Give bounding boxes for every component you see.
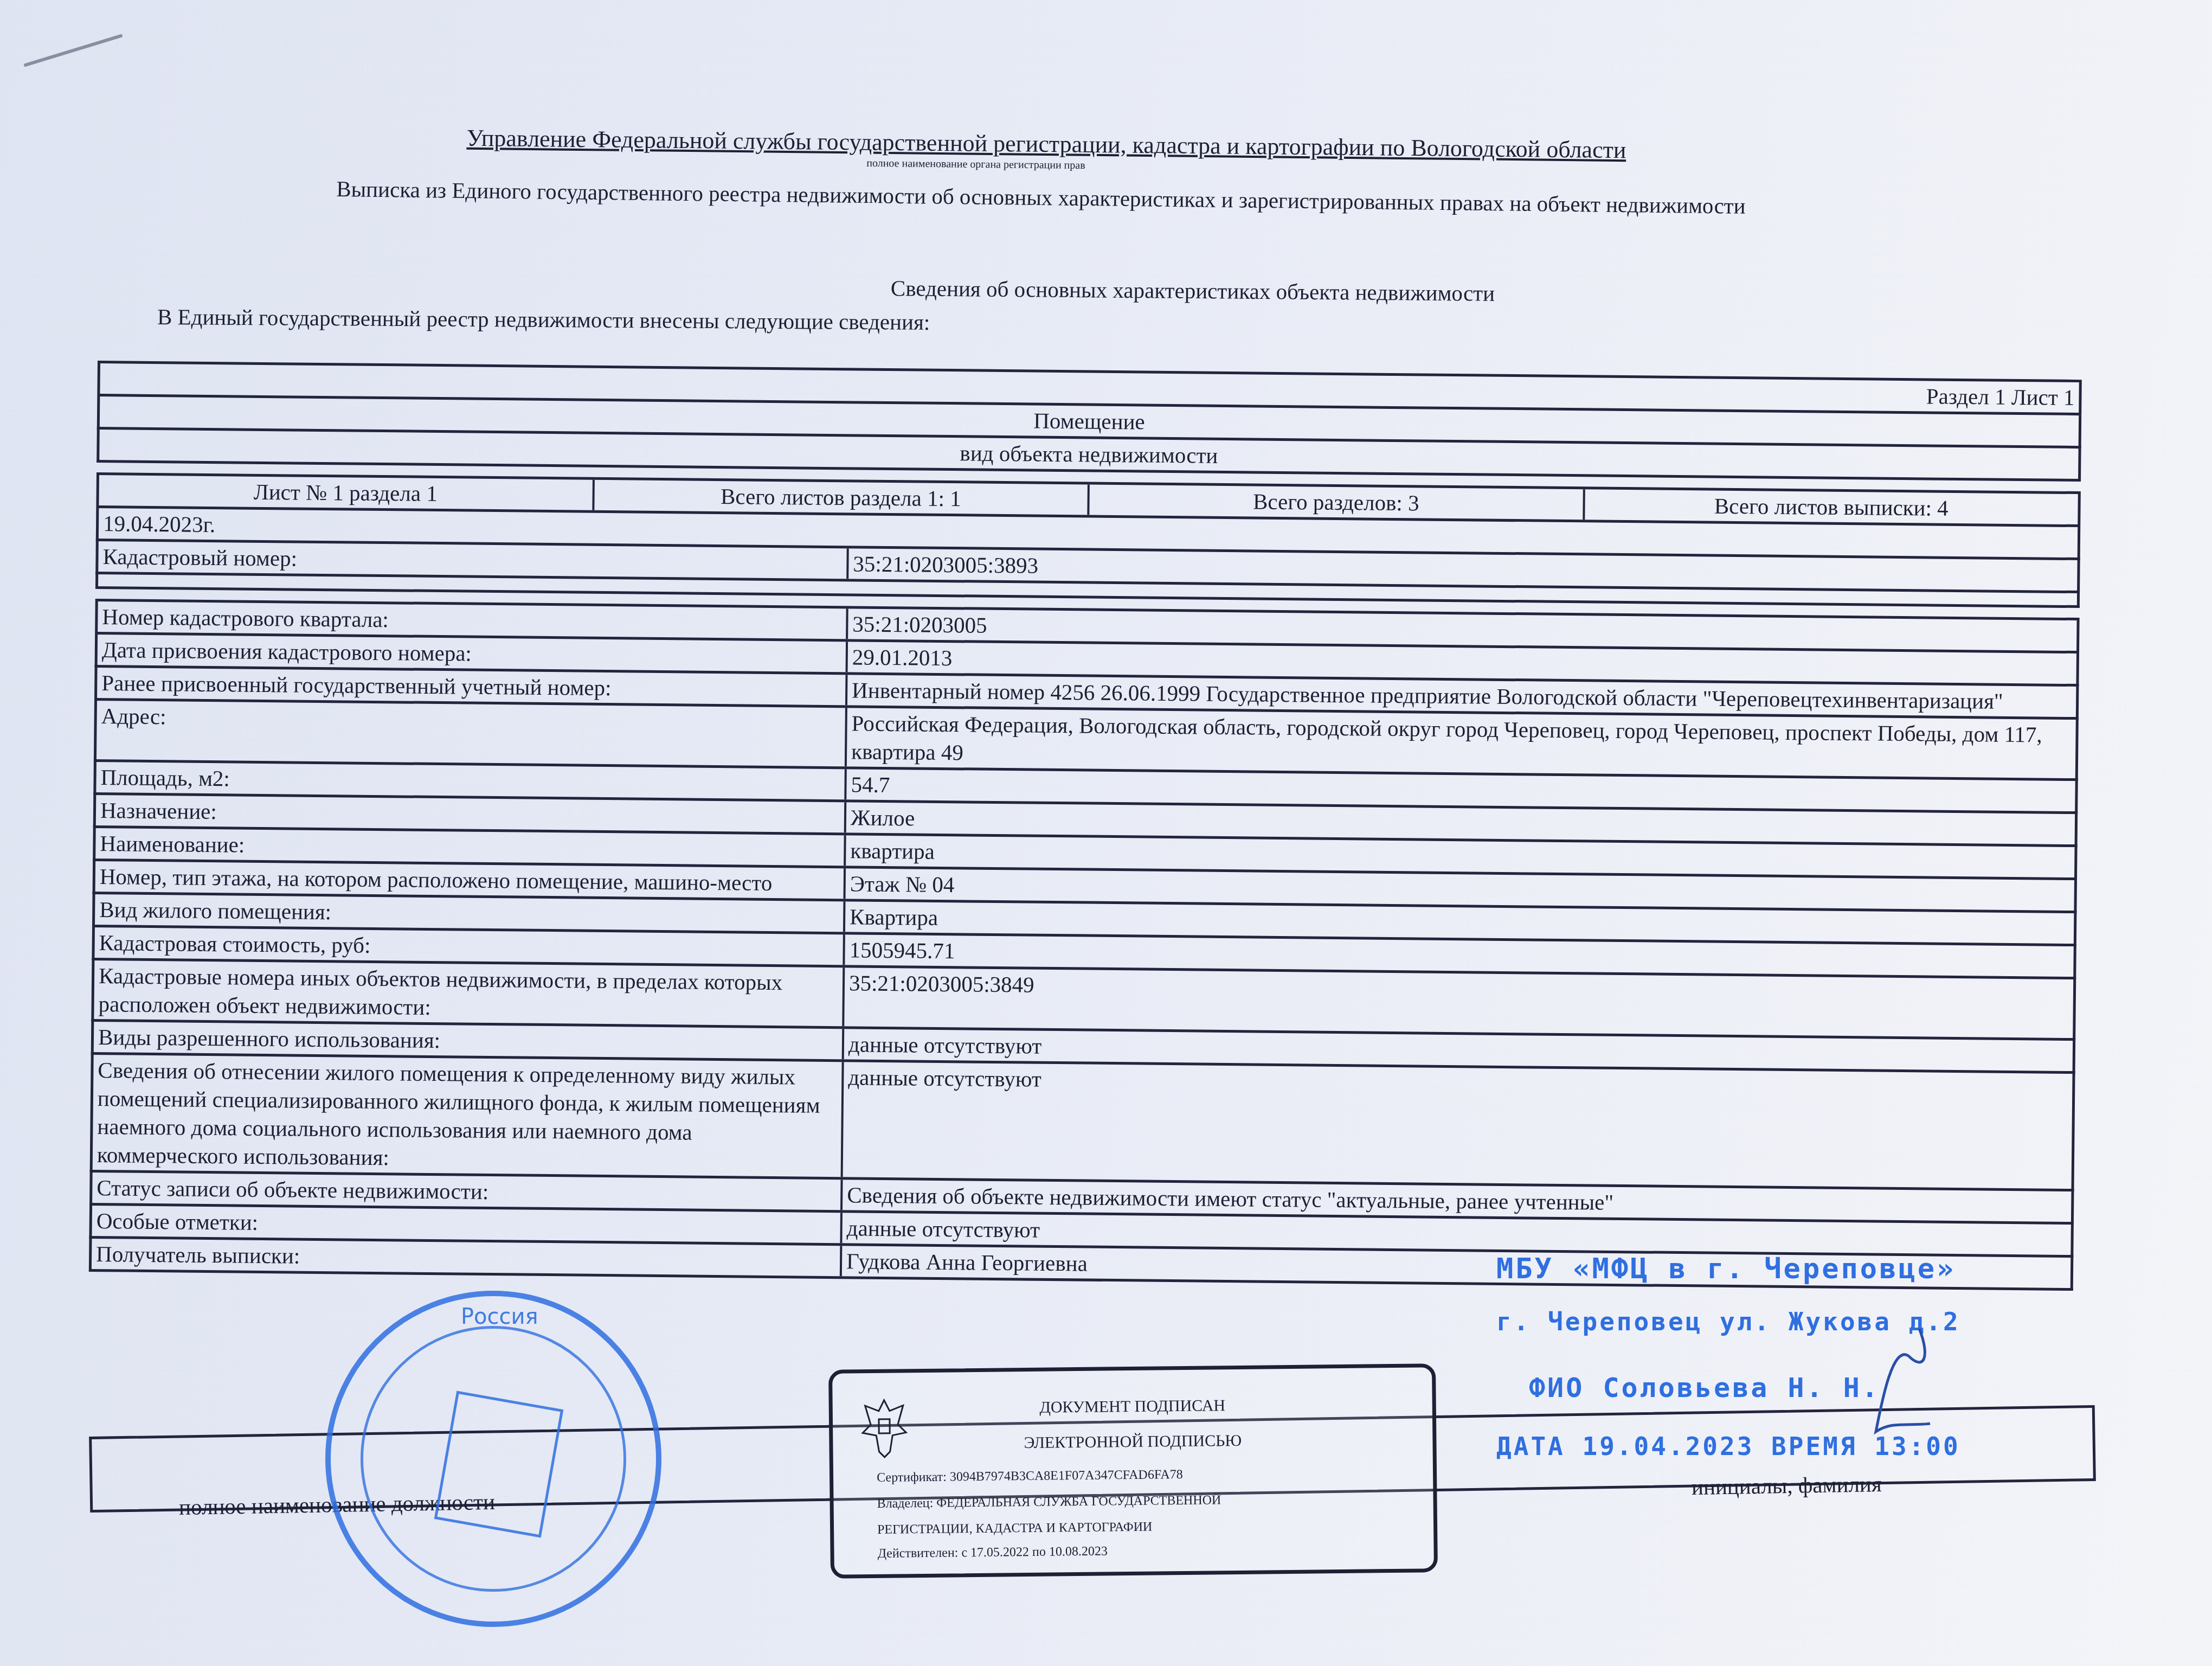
row-label: Статус записи об объекте недвижимости: — [92, 1172, 840, 1210]
round-seal-stamp: Россия — [325, 1291, 661, 1627]
mfc-stamp-line-1: МБУ «МФЦ в г. Череповце» — [1496, 1253, 1956, 1285]
row-label: Сведения об отнесении жилого помещения к… — [93, 1055, 842, 1177]
document-subtitle: Сведения об основных характеристиках объ… — [542, 272, 1843, 310]
signed-line-2: ЭЛЕКТРОННОЙ ПОДПИСЬЮ — [833, 1430, 1432, 1454]
row-value: данные отсутствуют — [841, 1062, 2073, 1189]
organization-name: Управление Федеральной службы государств… — [423, 124, 1670, 164]
row-label: Адрес: — [97, 701, 845, 766]
row-label: Виды разрешенного использования: — [94, 1022, 842, 1059]
cadastral-number-label: Кадастровый номер: — [98, 541, 846, 579]
row-label: Номер кадастрового квартала: — [98, 601, 846, 639]
document-page: Управление Федеральной службы государств… — [0, 0, 2212, 1666]
handwritten-signature-icon — [1860, 1323, 1941, 1443]
row-label: Номер, тип этажа, на котором расположено… — [95, 861, 844, 899]
paper-clip-icon — [23, 34, 123, 67]
coat-of-arms-icon — [434, 1391, 564, 1537]
certificate-owner-2: РЕГИСТРАЦИИ, КАДАСТРА И КАРТОГРАФИИ — [877, 1520, 1152, 1537]
intro-text: В Единый государственный реестр недвижим… — [157, 304, 930, 335]
seal-top-text: Россия — [461, 1304, 538, 1329]
row-label: Вид жилого помещения: — [95, 894, 843, 932]
signed-line-1: ДОКУМЕНТ ПОДПИСАН — [833, 1394, 1432, 1419]
row-label: Ранее присвоенный государственный учетны… — [97, 668, 845, 705]
property-table: Раздел 1 Лист 1 Помещение вид объекта не… — [89, 361, 2082, 1291]
sheet-number: Лист № 1 раздела 1 — [99, 475, 592, 510]
table-row: Сведения об отнесении жилого помещения к… — [90, 1055, 2075, 1191]
certificate-validity: Действителен: с 17.05.2022 по 10.08.2023 — [877, 1545, 1108, 1561]
sheets-in-section: Всего листов раздела 1: 1 — [592, 480, 1088, 515]
row-label: Особые отметки: — [92, 1206, 840, 1243]
name-caption: инициалы, фамилия — [1692, 1471, 1882, 1500]
total-sheets: Всего листов выписки: 4 — [1583, 489, 2078, 524]
row-label: Площадь, м2: — [96, 762, 844, 799]
row-label: Дата присвоения кадастрового номера: — [98, 635, 846, 672]
row-label: Получатель выписки: — [92, 1239, 840, 1276]
row-label: Кадастровые номера иных объектов недвижи… — [94, 960, 843, 1026]
electronic-signature-box: ДОКУМЕНТ ПОДПИСАН ЭЛЕКТРОННОЙ ПОДПИСЬЮ С… — [828, 1363, 1438, 1579]
row-label: Кадастровая стоимость, руб: — [94, 927, 843, 965]
certificate-number: Сертификат: 3094B7974B3CA8E1F07A347CFAD6… — [877, 1468, 1183, 1485]
mfc-stamp-line-3: ФИО Соловьева Н. Н. — [1529, 1372, 1880, 1404]
row-value: Российская Федерация, Вологодская област… — [845, 708, 2076, 778]
row-label: Наименование: — [95, 828, 844, 866]
total-sections: Всего разделов: 3 — [1087, 485, 1583, 520]
document-title: Выписка из Единого государственного реес… — [217, 174, 1865, 220]
row-label: Назначение: — [96, 795, 844, 832]
certificate-owner-1: Владелец: ФЕДЕРАЛЬНАЯ СЛУЖБА ГОСУДАРСТВЕ… — [877, 1493, 1221, 1511]
row-value: 35:21:0203005:3849 — [842, 967, 2073, 1038]
